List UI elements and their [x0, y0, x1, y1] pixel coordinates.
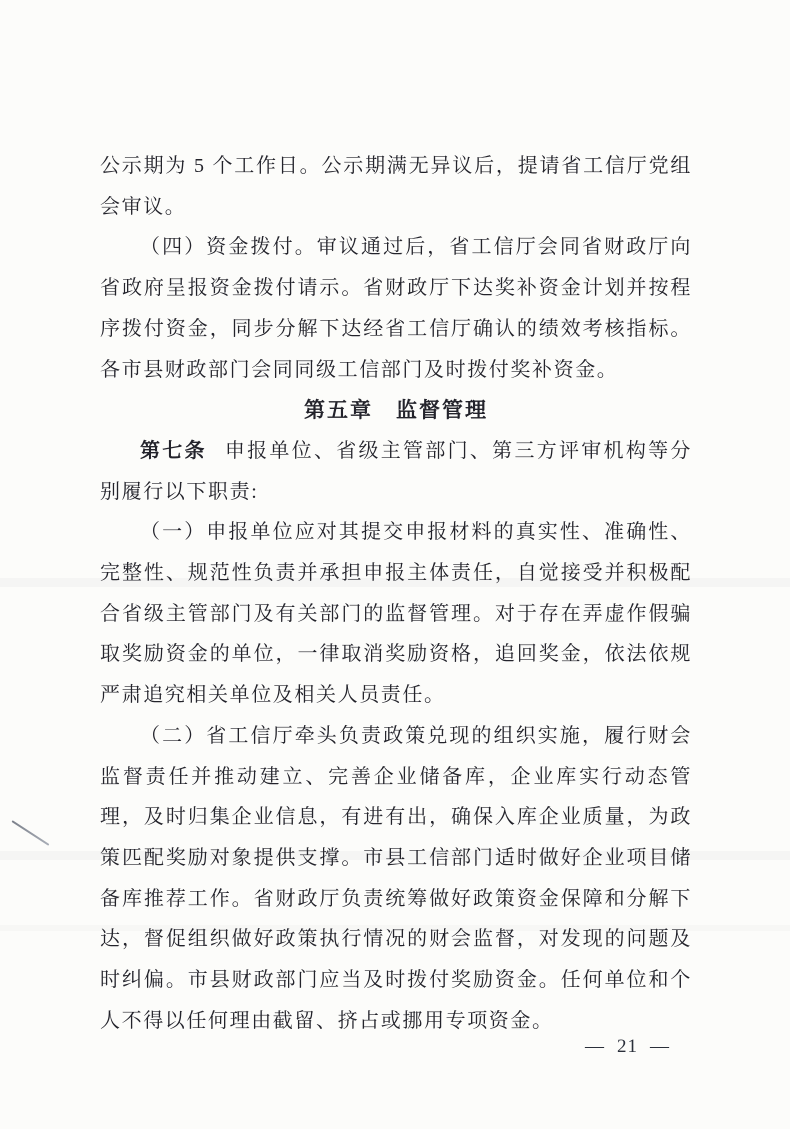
paragraph-continuation: 公示期为 5 个工作日。公示期满无异议后，提请省工信厅党组会审议。	[100, 146, 692, 227]
paragraph-item-four: （四）资金拨付。审议通过后，省工信厅会同省财政厅向省政府呈报资金拨付请示。省财政…	[100, 227, 692, 390]
page-footer: —21—	[585, 1036, 670, 1058]
article-seven-label: 第七条	[140, 440, 207, 462]
document-body: 公示期为 5 个工作日。公示期满无异议后，提请省工信厅党组会审议。 （四）资金拨…	[100, 146, 692, 1041]
article-seven-paragraph: 第七条申报单位、省级主管部门、第三方评审机构等分别履行以下职责:	[100, 431, 692, 512]
paragraph-duty-item-one: （一）申报单位应对其提交申报材料的真实性、准确性、完整性、规范性负责并承担申报主…	[100, 512, 692, 716]
paragraph-duty-item-two: （二）省工信厅牵头负责政策兑现的组织实施，履行财会监督责任并推动建立、完善企业储…	[100, 716, 692, 1042]
chapter-heading: 第五章 监督管理	[100, 390, 692, 431]
footer-right-dash: —	[650, 1036, 670, 1057]
scan-scratch-mark	[11, 820, 49, 846]
page-number: 21	[617, 1036, 638, 1057]
footer-left-dash: —	[585, 1036, 605, 1057]
scanned-document-page: 公示期为 5 个工作日。公示期满无异议后，提请省工信厅党组会审议。 （四）资金拨…	[0, 0, 790, 1129]
